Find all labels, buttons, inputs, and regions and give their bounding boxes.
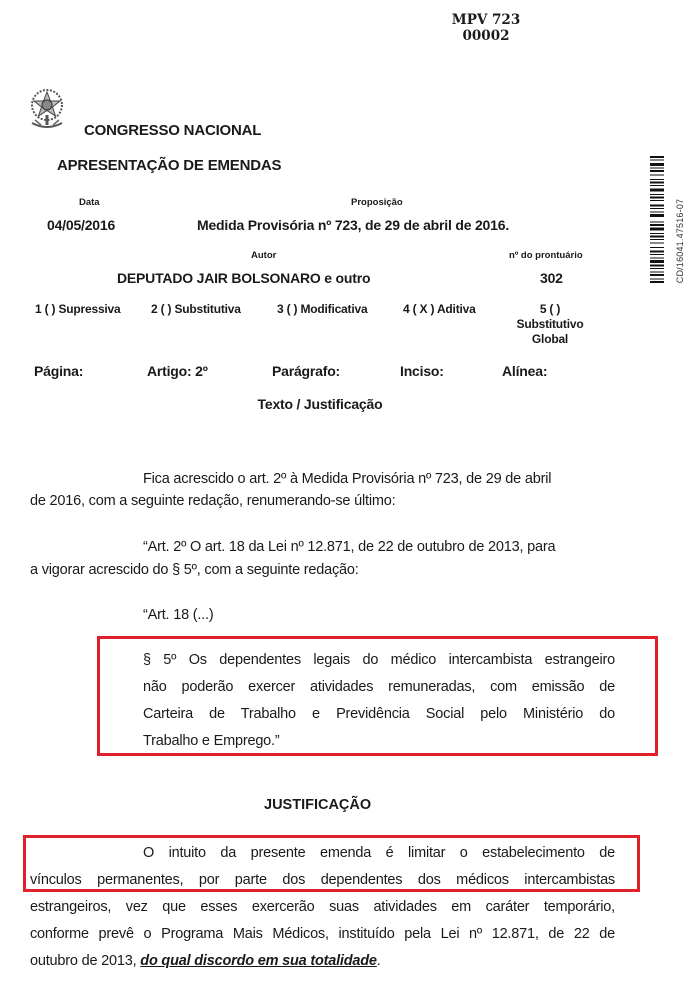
option-aditiva: 4 ( X ) Aditiva bbox=[403, 302, 476, 316]
field-subitem: Alínea: bbox=[502, 363, 547, 379]
option-supressiva: 1 ( ) Supressiva bbox=[35, 302, 121, 316]
paragraph-2-line-2: a vigorar acrescido do § 5º, com a segui… bbox=[30, 559, 359, 581]
justification-text: O intuito da presente emenda é limitar o… bbox=[30, 840, 615, 975]
highlight-line-2: não poderão exercer atividades remunerad… bbox=[143, 674, 615, 701]
reference-stamp: MPV 723 00002 bbox=[436, 12, 536, 44]
justification-heading: JUSTIFICAÇÃO bbox=[264, 797, 371, 813]
barcode-label: CD/16041.47516-07 bbox=[666, 156, 680, 334]
highlighted-paragraph: § 5º Os dependentes legais do médico int… bbox=[143, 647, 615, 755]
justification-last-prefix: outubro de 2013, bbox=[30, 953, 140, 969]
date-label: Data bbox=[79, 197, 100, 208]
record-label: nº do prontuário bbox=[509, 250, 583, 261]
option-modificativa: 3 ( ) Modificativa bbox=[277, 302, 367, 316]
brazil-coat-of-arms-icon bbox=[29, 87, 65, 133]
section-title: Texto / Justificação bbox=[0, 396, 640, 412]
field-paragraph: Parágrafo: bbox=[272, 363, 340, 379]
author-value: DEPUTADO JAIR BOLSONARO e outro bbox=[117, 270, 370, 286]
justification-last-suffix: . bbox=[377, 953, 381, 969]
paragraph-3: “Art. 18 (...) bbox=[143, 604, 214, 626]
reference-number: 00002 bbox=[436, 28, 536, 44]
author-label: Autor bbox=[251, 250, 276, 261]
justification-line-2: vínculos permanentes, por parte dos depe… bbox=[30, 867, 615, 894]
highlight-line-3: Carteira de Trabalho e Previdência Socia… bbox=[143, 701, 615, 728]
justification-line-1: O intuito da presente emenda é limitar o… bbox=[30, 840, 615, 867]
field-article: Artigo: 2º bbox=[147, 363, 208, 379]
option-5-label: 5 ( ) bbox=[510, 302, 590, 317]
highlight-line-1: § 5º Os dependentes legais do médico int… bbox=[143, 647, 615, 674]
justification-emphasis: do qual discordo em sua totalidade bbox=[140, 953, 377, 969]
option-5-line2: Substitutivo bbox=[510, 317, 590, 332]
proposition-label: Proposição bbox=[351, 197, 403, 208]
date-value: 04/05/2016 bbox=[47, 217, 115, 233]
record-value: 302 bbox=[540, 270, 563, 286]
field-item: Inciso: bbox=[400, 363, 444, 379]
paragraph-2-line-1: “Art. 2º O art. 18 da Lei nº 12.871, de … bbox=[143, 536, 555, 558]
option-5-line3: Global bbox=[510, 332, 590, 347]
barcode-icon bbox=[650, 156, 664, 334]
highlight-line-4: Trabalho e Emprego.” bbox=[143, 728, 615, 755]
proposition-value: Medida Provisória nº 723, de 29 de abril… bbox=[197, 217, 509, 233]
institution-name: CONGRESSO NACIONAL bbox=[84, 122, 261, 139]
paragraph-1-line-2: de 2016, com a seguinte redação, renumer… bbox=[30, 490, 395, 512]
barcode-text: CD/16041.47516-07 bbox=[675, 152, 685, 330]
reference-code: MPV 723 bbox=[436, 12, 536, 28]
justification-line-3: estrangeiros, vez que esses exercerão su… bbox=[30, 894, 615, 921]
option-substitutivo-global: 5 ( ) Substitutivo Global bbox=[510, 302, 590, 347]
justification-line-4: conforme prevê o Programa Mais Médicos, … bbox=[30, 921, 615, 948]
paragraph-1-line-1: Fica acrescido o art. 2º à Medida Provis… bbox=[143, 468, 551, 490]
option-substitutiva: 2 ( ) Substitutiva bbox=[151, 302, 241, 316]
justification-line-5: outubro de 2013, do qual discordo em sua… bbox=[30, 948, 615, 975]
field-page: Página: bbox=[34, 363, 83, 379]
form-title: APRESENTAÇÃO DE EMENDAS bbox=[57, 157, 281, 174]
